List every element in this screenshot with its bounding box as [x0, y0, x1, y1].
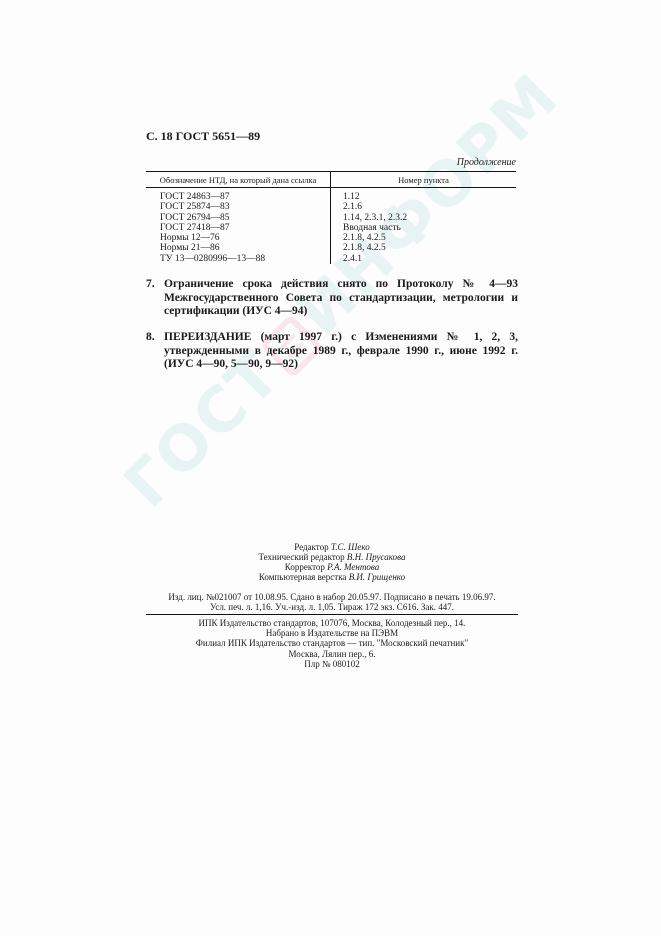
note-number: 8.: [146, 331, 155, 345]
table-row: ГОСТ 25874—83 2.1.6: [146, 202, 516, 212]
clause-cell: 2.4.1: [331, 254, 517, 264]
credit-role: Редактор: [294, 542, 328, 552]
divider: [146, 614, 518, 615]
clause-cell: 2.1.6: [331, 202, 517, 212]
credit-name: В.И. Грищенко: [349, 572, 405, 582]
publisher-line: Москва, Лялин пер., 6.: [146, 649, 518, 659]
column-header-clause: Номер пункта: [331, 172, 517, 188]
table-row: ГОСТ 24863—87 1.12: [146, 188, 516, 203]
clause-cell: 2.1.8, 4.2.5: [331, 233, 517, 243]
note-text: ПЕРЕИЗДАНИЕ (март 1997 г.) с Изменениями…: [164, 331, 518, 372]
credit-line: Редактор Т.С. Шеко: [146, 542, 518, 552]
note-8: 8. ПЕРЕИЗДАНИЕ (март 1997 г.) с Изменени…: [146, 331, 518, 372]
table-header-row: Обозначение НТД, на который дана ссылка …: [146, 172, 516, 188]
note-text: Ограничение срока действия снято по Прот…: [164, 278, 518, 319]
credit-name: Т.С. Шеко: [331, 542, 370, 552]
publisher-line: Набрано в Издательстве на ПЭВМ: [146, 628, 518, 638]
reference-table: Обозначение НТД, на который дана ссылка …: [146, 171, 516, 264]
note-number: 7.: [146, 278, 155, 292]
document-cell: ТУ 13—0280996—13—88: [146, 254, 331, 264]
clause-cell: Вводная часть: [331, 223, 517, 233]
table-row: ГОСТ 27418—87 Вводная часть: [146, 223, 516, 233]
column-header-document: Обозначение НТД, на который дана ссылка: [146, 172, 331, 188]
imprint-line: Изд. лиц. №021007 от 10.08.95. Сдано в н…: [146, 592, 518, 602]
publisher-line: Плр № 080102: [146, 659, 518, 669]
imprint-line: Усл. печ. л. 1,16. Уч.-изд. л. 1,05. Тир…: [146, 602, 518, 612]
credits: Редактор Т.С. Шеко Технический редактор …: [146, 542, 518, 582]
note-7: 7. Ограничение срока действия снято по П…: [146, 278, 518, 319]
clause-cell: 2.1.8, 4.2.5: [331, 243, 517, 253]
credit-role: Технический редактор: [258, 552, 344, 562]
clause-cell: 1.12: [331, 188, 517, 203]
document-cell: Нормы 21—86: [146, 243, 331, 253]
credit-name: Р.А. Ментова: [327, 562, 379, 572]
table-row: ТУ 13—0280996—13—88 2.4.1: [146, 254, 516, 264]
credit-line: Технический редактор В.Н. Прусакова: [146, 552, 518, 562]
document-cell: ГОСТ 24863—87: [146, 188, 331, 203]
imprint: Изд. лиц. №021007 от 10.08.95. Сдано в н…: [146, 592, 518, 612]
table-continuation-label: Продолжение: [457, 157, 516, 168]
table-row: Нормы 12—76 2.1.8, 4.2.5: [146, 233, 516, 243]
document-cell: ГОСТ 26794—85: [146, 213, 331, 223]
credit-line: Компьютерная верстка В.И. Грищенко: [146, 572, 518, 582]
credit-role: Компьютерная верстка: [259, 572, 347, 582]
clause-cell: 1.14, 2.3.1, 2.3.2: [331, 213, 517, 223]
publisher-info: ИПК Издательство стандартов, 107076, Мос…: [146, 618, 518, 669]
page-header: С. 18 ГОСТ 5651—89: [146, 129, 260, 144]
publisher-line: ИПК Издательство стандартов, 107076, Мос…: [146, 618, 518, 628]
document-cell: ГОСТ 25874—83: [146, 202, 331, 212]
table-row: Нормы 21—86 2.1.8, 4.2.5: [146, 243, 516, 253]
credit-role: Корректор: [285, 562, 325, 572]
credit-name: В.Н. Прусакова: [347, 552, 406, 562]
credit-line: Корректор Р.А. Ментова: [146, 562, 518, 572]
publisher-line: Филиал ИПК Издательство стандартов — тип…: [146, 638, 518, 648]
table-row: ГОСТ 26794—85 1.14, 2.3.1, 2.3.2: [146, 213, 516, 223]
document-cell: Нормы 12—76: [146, 233, 331, 243]
document-cell: ГОСТ 27418—87: [146, 223, 331, 233]
